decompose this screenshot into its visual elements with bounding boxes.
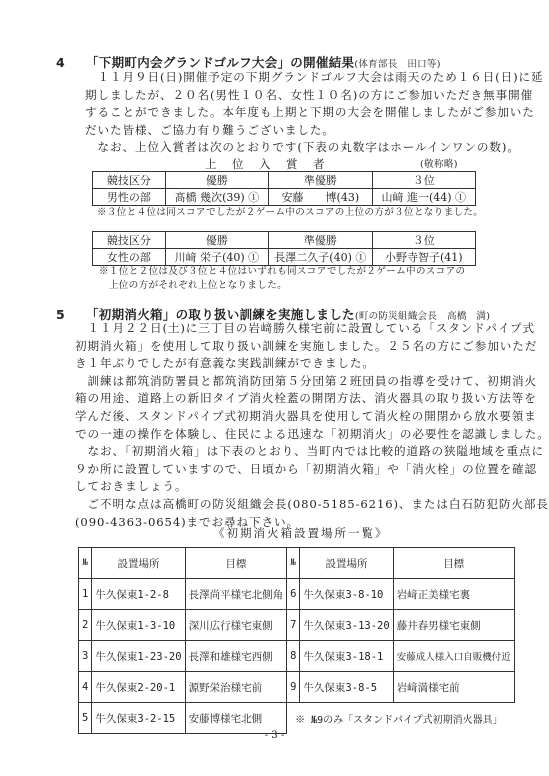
table-header-row: № 設置場所 目標 № 設置場所 目標 <box>79 548 515 579</box>
number-cell: 6 <box>287 579 300 610</box>
table-row: 1 牛久保東1-2-8 長澤尚平様宅北側角 6 牛久保東3-8-10 岩﨑正美様… <box>79 579 515 610</box>
landmark-cell: 源野栄治様宅前 <box>185 672 287 703</box>
landmark-cell: 深川広行様宅東側 <box>185 610 287 641</box>
address-cell: 牛久保東3-8-10 <box>300 579 393 610</box>
address-cell: 牛久保東2-20-1 <box>92 672 185 703</box>
paragraph-line: き１年ぶりでしたが有意義な実践訓練ができました。 <box>75 355 549 373</box>
header-cell: 優勝 <box>165 232 268 249</box>
number-cell: 1 <box>79 579 92 610</box>
section-title: 「下期町内会グランドゴルフ大会」の開催結果 <box>86 55 354 70</box>
header-cell: ３位 <box>372 232 475 249</box>
paragraph-line: 箱の用途、道路上の新旧タイプ消火栓蓋の開閉方法、消火器具の取り扱い方法等を <box>75 390 549 408</box>
winner-cell: 川﨑 栄子(40) ① <box>165 249 268 266</box>
header-cell: 準優勝 <box>269 172 372 189</box>
address-cell: 牛久保東1-2-8 <box>92 579 185 610</box>
header-cell: № <box>79 548 92 579</box>
paragraph-line: なお、上位入賞者は次のとおりです(下表の丸数字はホールインワンの数)。 <box>85 139 544 157</box>
paragraph-line: ご不明な点は高橋町の防災組織会長(080-5185-6216)、または白石防犯防… <box>75 496 549 514</box>
section-5-body: １１月２２日(土)に三丁目の岩﨑勝久様宅前に設置している「スタンドパイプ式 初期… <box>75 320 549 531</box>
address-cell: 牛久保東3-18-1 <box>300 641 393 672</box>
paragraph-line: 初期消火箱」を使用して取り扱い訓練を実施しました。２５名の方にご参加いただ <box>75 338 549 356</box>
page-number: - 3 - <box>0 730 549 741</box>
header-cell: ３位 <box>372 172 475 189</box>
number-cell: 3 <box>79 641 92 672</box>
winners-table-title: 上 位 入 賞 者 <box>205 156 327 172</box>
landmark-cell: 長澤和雄様宅西側 <box>185 641 287 672</box>
landmark-cell: 長澤尚平様宅北側角 <box>185 579 287 610</box>
header-cell: 目標 <box>393 548 514 579</box>
paragraph-line: することができました。本年度も上期と下期の大会を開催しましたがご参加いた <box>85 104 544 122</box>
table-footnote: ※ №9のみ「スタンドパイプ式初期消火器具」 <box>287 703 515 734</box>
paragraph-line: だいた皆様、ご協力有り難うございました。 <box>85 122 544 140</box>
fire-box-location-table: № 設置場所 目標 № 設置場所 目標 1 牛久保東1-2-8 長澤尚平様宅北側… <box>78 547 515 734</box>
header-cell: 準優勝 <box>269 232 372 249</box>
winner-cell: 髙橋 幾次(39) ① <box>165 189 268 206</box>
table-row: 2 牛久保東1-3-10 深川広行様宅東側 7 牛久保東3-13-20 藤井春男… <box>79 610 515 641</box>
paragraph-line: 学んだ後、スタンドパイプ式初期消火器具を使用して消火栓の開閉から放水要領ま <box>75 408 549 426</box>
address-cell: 牛久保東3-2-15 <box>92 703 185 734</box>
table-row: 男性の部 髙橋 幾次(39) ① 安藤 博(43) 山﨑 進一(44) ① <box>93 189 476 206</box>
table-row: 女性の部 川﨑 栄子(40) ① 長澤二久子(40) ① 小野寺智子(41) <box>93 249 476 266</box>
landmark-cell: 安藤成人様入口自販機付近 <box>393 641 514 672</box>
number-cell: 8 <box>287 641 300 672</box>
paragraph-line: 訓練は都筑消防署員と都筑消防団第５分団第２班団員の指導を受けて、初期消火 <box>75 373 549 391</box>
address-cell: 牛久保東3-8-5 <box>300 672 393 703</box>
men-results-table: 競技区分 優勝 準優勝 ３位 男性の部 髙橋 幾次(39) ① 安藤 博(43)… <box>92 171 476 206</box>
runner-up-cell: 長澤二久子(40) ① <box>269 249 372 266</box>
header-cell: 設置場所 <box>92 548 185 579</box>
women-results-note: ※１位と２位は及び３位と４位はいずれも同スコアでしたが２ゲーム中のスコアの 上位… <box>99 265 465 293</box>
women-results-table: 競技区分 優勝 準優勝 ３位 女性の部 川﨑 栄子(40) ① 長澤二久子(40… <box>92 231 476 266</box>
table-row: 3 牛久保東1-23-20 長澤和雄様宅西側 8 牛久保東3-18-1 安藤成人… <box>79 641 515 672</box>
header-cell: 目標 <box>185 548 287 579</box>
table-row: 5 牛久保東3-2-15 安藤博様宅北側 ※ №9のみ「スタンドパイプ式初期消火… <box>79 703 515 734</box>
third-place-cell: 小野寺智子(41) <box>372 249 475 266</box>
paragraph-line: 期しましたが、２０名(男性１０名、女性１０名)の方にご参加いただき無事開催 <box>85 87 544 105</box>
number-cell: 5 <box>79 703 92 734</box>
category-cell: 男性の部 <box>93 189 166 206</box>
paragraph-line: なお、「初期消火箱」は下表のとおり、当町内では比較的道路の狭隘地域を重点に <box>75 443 549 461</box>
table-row: 4 牛久保東2-20-1 源野栄治様宅前 9 牛久保東3-8-5 岩﨑満様宅前 <box>79 672 515 703</box>
note-line: ※１位と２位は及び３位と４位はいずれも同スコアでしたが２ゲーム中のスコアの <box>99 265 465 279</box>
landmark-cell: 岩﨑満様宅前 <box>393 672 514 703</box>
number-cell: 7 <box>287 610 300 641</box>
landmark-cell: 安藤博様宅北側 <box>185 703 287 734</box>
paragraph-line: での一連の操作を体験し、住民による迅速な「初期消火」の必要性を認識しました。 <box>75 426 549 444</box>
header-cell: 競技区分 <box>93 232 166 249</box>
paragraph-line: ９か所に設置していますので、日頃から「初期消火箱」や「消火栓」の位置を確認 <box>75 461 549 479</box>
header-cell: 設置場所 <box>300 548 393 579</box>
paragraph-line: １１月２２日(土)に三丁目の岩﨑勝久様宅前に設置している「スタンドパイプ式 <box>75 320 549 338</box>
table-header-row: 競技区分 優勝 準優勝 ３位 <box>93 172 476 189</box>
section-4-body: １１月９日(日)開催予定の下期グランドゴルフ大会は雨天のため１６日(日)に延 期… <box>85 69 544 157</box>
number-cell: 9 <box>287 672 300 703</box>
note-line: 上位の方がそれぞれ上位となりました。 <box>99 279 465 293</box>
section-number: 4 <box>56 55 86 70</box>
paragraph-line: １１月９日(日)開催予定の下期グランドゴルフ大会は雨天のため１６日(日)に延 <box>85 69 544 87</box>
number-cell: 4 <box>79 672 92 703</box>
header-cell: 優勝 <box>165 172 268 189</box>
honorific-note: (敬称略) <box>420 158 458 172</box>
category-cell: 女性の部 <box>93 249 166 266</box>
third-place-cell: 山﨑 進一(44) ① <box>372 189 475 206</box>
table-header-row: 競技区分 優勝 準優勝 ３位 <box>93 232 476 249</box>
runner-up-cell: 安藤 博(43) <box>269 189 372 206</box>
paragraph-line: しておきましょう。 <box>75 478 549 496</box>
men-results-note: ※３位と４位は同スコアでしたが２ゲーム中のスコアの上位の方が３位となりました。 <box>97 206 483 220</box>
landmark-cell: 岩﨑正美様宅裏 <box>393 579 514 610</box>
header-cell: № <box>287 548 300 579</box>
number-cell: 2 <box>79 610 92 641</box>
address-cell: 牛久保東3-13-20 <box>300 610 393 641</box>
location-table-caption: 《初期消火箱設置場所一覧》 <box>213 525 389 541</box>
address-cell: 牛久保東1-23-20 <box>92 641 185 672</box>
address-cell: 牛久保東1-3-10 <box>92 610 185 641</box>
header-cell: 競技区分 <box>93 172 166 189</box>
landmark-cell: 藤井春男様宅東側 <box>393 610 514 641</box>
